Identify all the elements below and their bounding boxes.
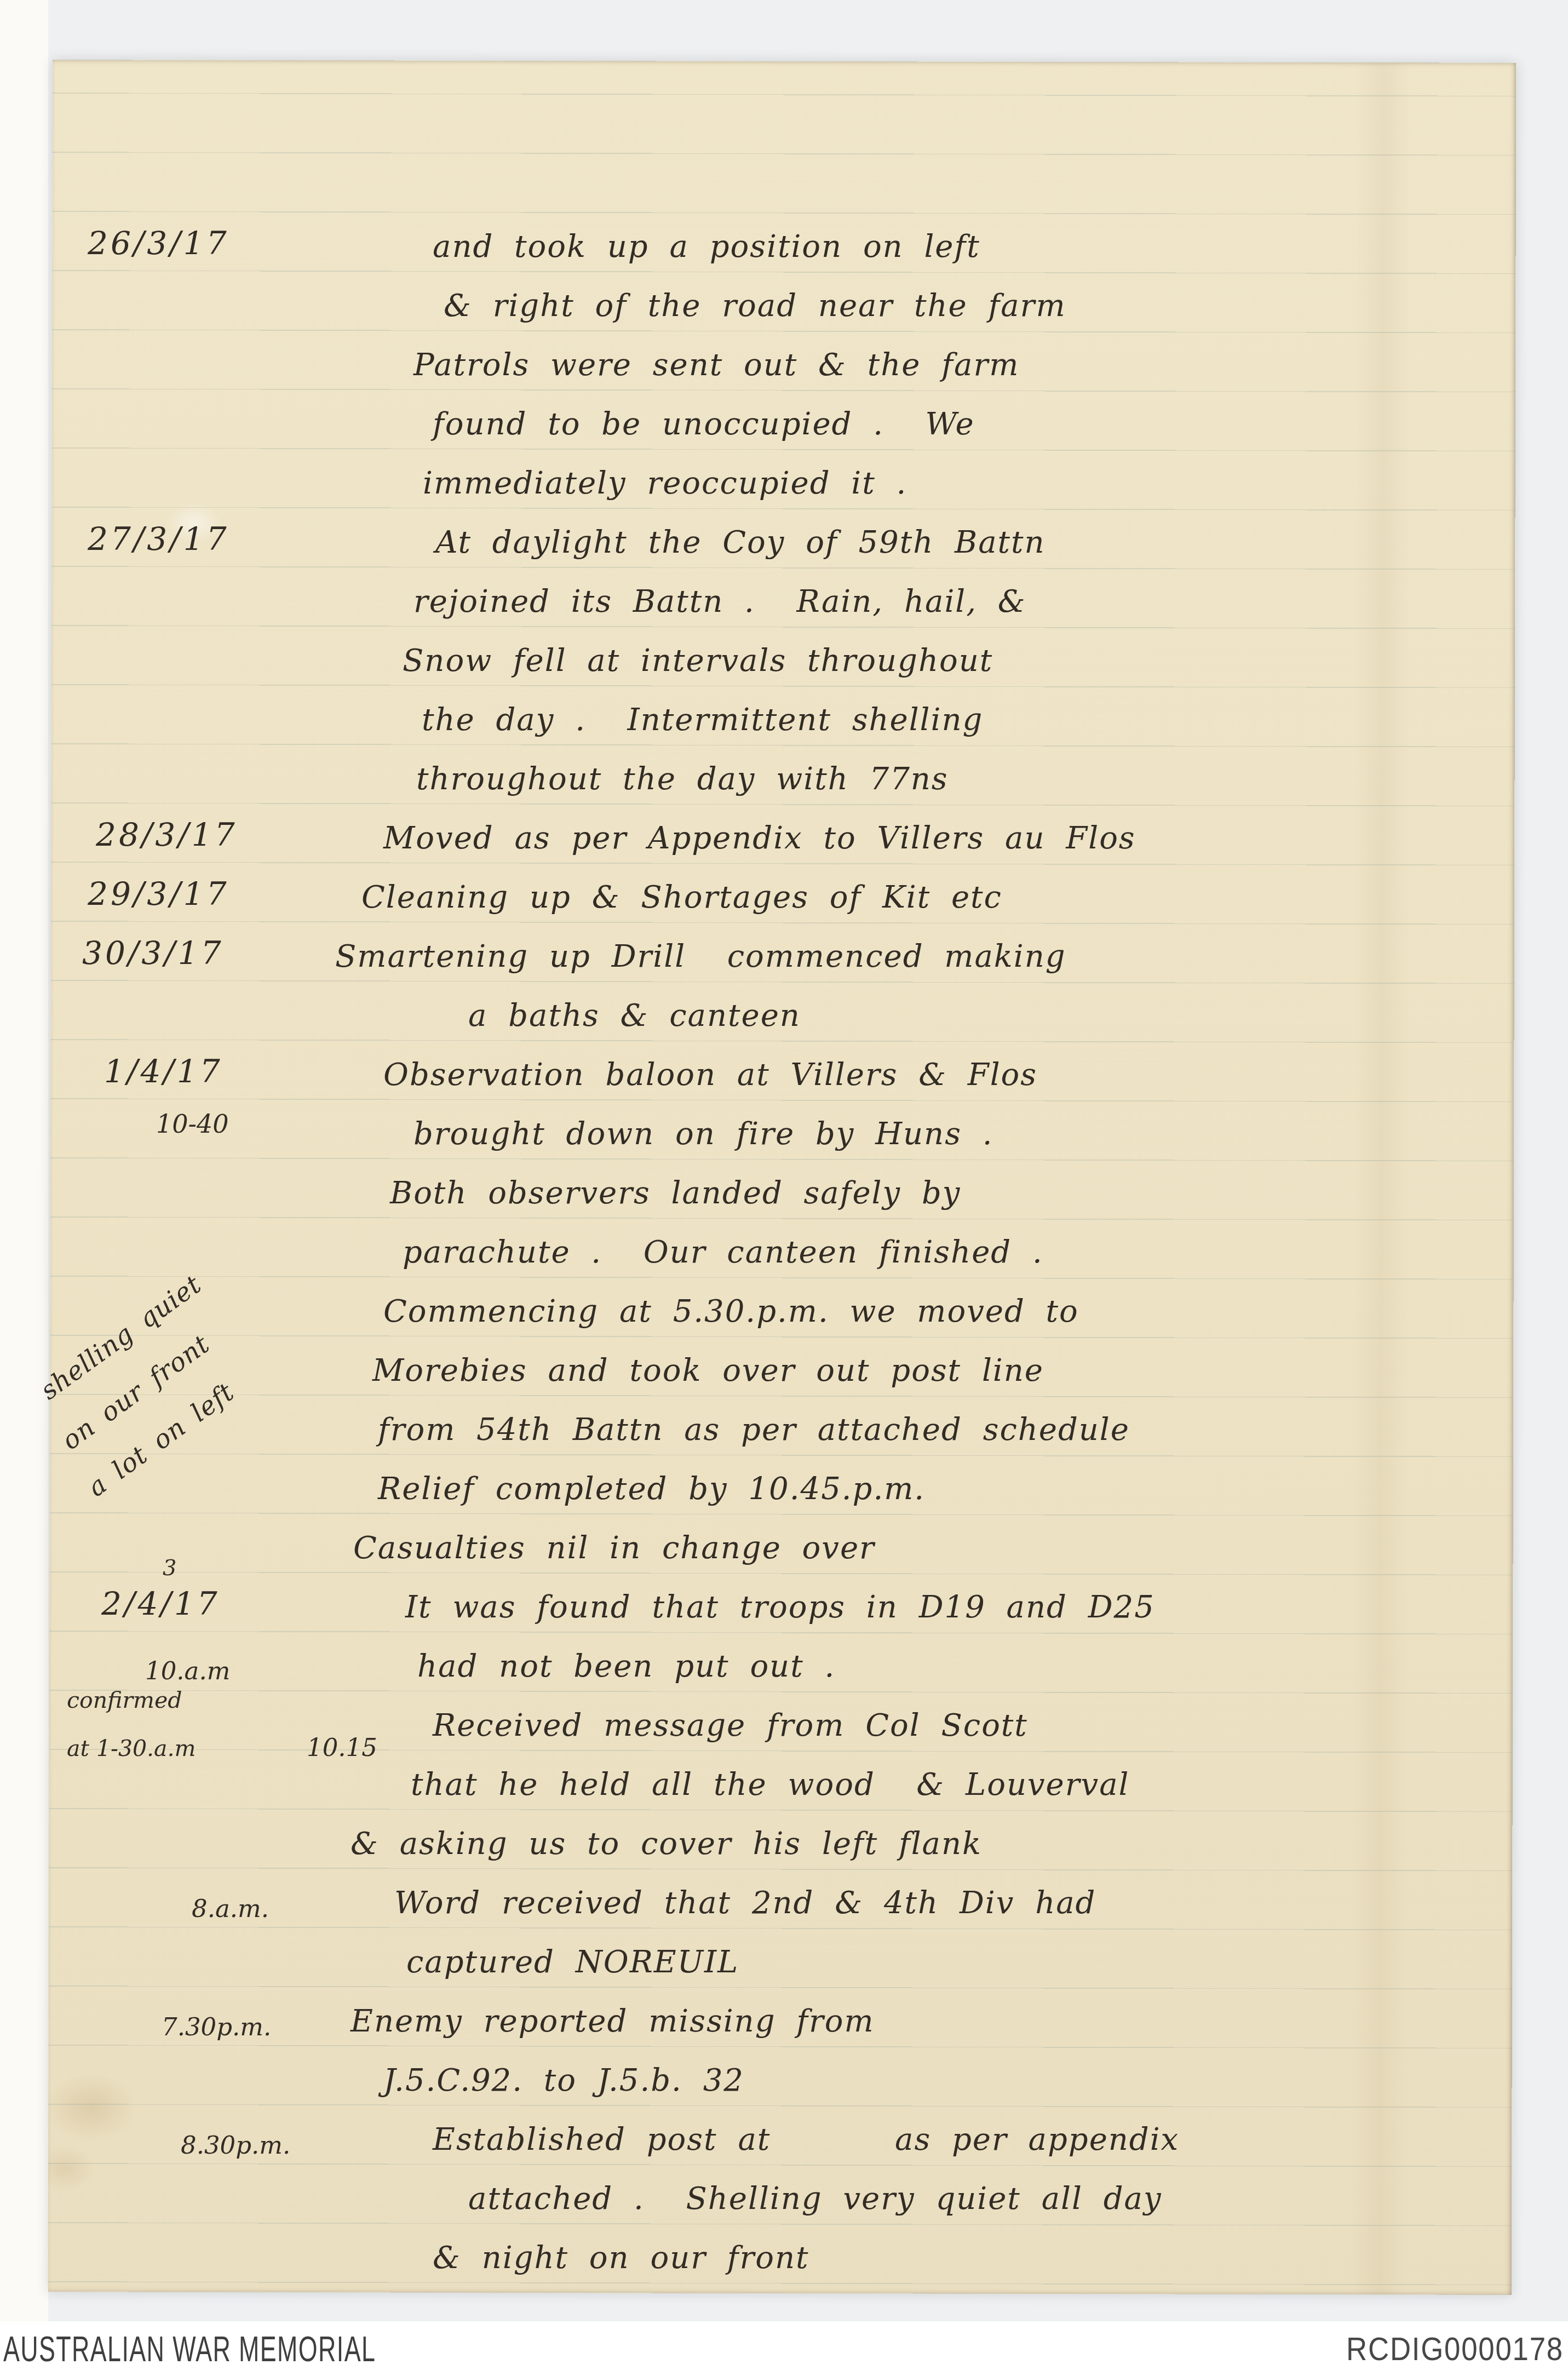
entry-date: 26/3/17 <box>88 225 229 262</box>
entry-text: Moved as per Appendix to Villers au Flos <box>383 820 1136 856</box>
diary-line: from 54th Battn as per attached schedule <box>0 1412 1568 1471</box>
margin-annotation-line: at 1-30.a.m <box>67 1724 196 1772</box>
diary-entries-layer: 26/3/17and took up a position on left& r… <box>0 0 1568 2376</box>
diary-line: immediately reoccupied it . <box>0 466 1568 525</box>
diary-line: 7.30p.m.Enemy reported missing from <box>0 2004 1568 2063</box>
diary-line: 30/3/17Smartening up Drill commenced mak… <box>0 939 1568 998</box>
diary-line: rejoined its Battn . Rain, hail, & <box>0 584 1568 643</box>
date-superscript: 3 <box>163 1556 176 1581</box>
footer-bar: AUSTRALIAN WAR MEMORIAL RCDIG0000178 <box>0 2321 1568 2376</box>
entry-text: & asking us to cover his left flank <box>351 1826 982 1862</box>
diary-line: brought down on fire by Huns . <box>0 1116 1568 1175</box>
entry-text: rejoined its Battn . Rain, hail, & <box>413 584 1026 619</box>
diary-line: 27/3/17At daylight the Coy of 59th Battn <box>0 525 1568 584</box>
entry-time-label: 7.30p.m. <box>162 2012 271 2041</box>
archive-name-label: AUSTRALIAN WAR MEMORIAL <box>3 2329 376 2369</box>
diary-line: 26/3/17and took up a position on left <box>0 229 1568 288</box>
diary-line: 1/4/1710-40Observation baloon at Villers… <box>0 1057 1568 1116</box>
entry-text: Both observers landed safely by <box>390 1175 961 1211</box>
entry-date: 28/3/17 <box>96 816 238 853</box>
reference-id-label: RCDIG0000178 <box>1346 2330 1564 2368</box>
entry-text: from 54th Battn as per attached schedule <box>378 1412 1130 1448</box>
diary-line: Casualties nil in change over <box>0 1530 1568 1589</box>
entry-text: had not been put out . <box>417 1649 835 1684</box>
entry-text: J.5.C.92. to J.5.b. 32 <box>383 2063 744 2098</box>
diary-line: 2/4/173It was found that troops in D19 a… <box>0 1589 1568 1649</box>
entry-text: and took up a position on left <box>433 229 980 265</box>
entry-text: At daylight the Coy of 59th Battn <box>435 525 1046 560</box>
entry-text: throughout the day with 77ns <box>416 761 949 797</box>
diary-line: 8.a.m.Word received that 2nd & 4th Div h… <box>0 1885 1568 1944</box>
entry-text: the day . Intermittent shelling <box>422 702 983 738</box>
entry-text: Established post at as per appendix <box>433 2122 1179 2157</box>
entry-text: captured NOREUIL <box>406 1944 739 1980</box>
entry-text: brought down on fire by Huns . <box>413 1116 993 1152</box>
diary-line: Relief completed by 10.45.p.m. <box>0 1471 1568 1530</box>
diary-line: attached . Shelling very quiet all day <box>0 2181 1568 2240</box>
entry-date: 1/4/17 <box>104 1053 223 1090</box>
diary-line: the day . Intermittent shelling <box>0 702 1568 761</box>
entry-text: Cleaning up & Shortages of Kit etc <box>361 880 1002 915</box>
diary-line: 10.15confirmedat 1-30.a.mReceived messag… <box>0 1708 1568 1767</box>
entry-text: Relief completed by 10.45.p.m. <box>378 1471 925 1507</box>
diary-line: captured NOREUIL <box>0 1944 1568 2004</box>
entry-date: 29/3/17 <box>88 875 229 912</box>
diary-line: & right of the road near the farm <box>0 288 1568 347</box>
entry-text: Snow fell at intervals throughout <box>403 643 993 679</box>
entry-text: a baths & canteen <box>468 998 801 1034</box>
margin-annotation-line: confirmed <box>67 1676 196 1724</box>
diary-line: & asking us to cover his left flank <box>0 1826 1568 1885</box>
diary-line: found to be unoccupied . We <box>0 406 1568 466</box>
entry-text: parachute . Our canteen finished . <box>403 1235 1043 1270</box>
diary-line: a baths & canteen <box>0 998 1568 1057</box>
diary-line: 29/3/17Cleaning up & Shortages of Kit et… <box>0 880 1568 939</box>
diary-line: throughout the day with 77ns <box>0 761 1568 820</box>
entry-time-label: 10.15 <box>307 1733 377 1762</box>
diary-line: 28/3/17Moved as per Appendix to Villers … <box>0 820 1568 880</box>
diary-line: & night on our front <box>0 2240 1568 2299</box>
entry-text: Patrols were sent out & the farm <box>413 347 1019 383</box>
entry-text: Morebies and took over out post line <box>372 1353 1044 1388</box>
entry-date: 2/4/17 <box>101 1585 220 1622</box>
entry-text: Enemy reported missing from <box>351 2004 875 2039</box>
diary-line: that he held all the wood & Louverval <box>0 1767 1568 1826</box>
entry-text: found to be unoccupied . We <box>433 406 975 442</box>
diary-line: 8.30p.m.Established post at as per appen… <box>0 2122 1568 2181</box>
entry-text: immediately reoccupied it . <box>423 466 907 501</box>
entry-text: Commencing at 5.30.p.m. we moved to <box>383 1294 1079 1329</box>
entry-text: Casualties nil in change over <box>353 1530 875 1566</box>
margin-annotation: confirmedat 1-30.a.m <box>67 1676 196 1772</box>
diary-line: Patrols were sent out & the farm <box>0 347 1568 406</box>
entry-date: 27/3/17 <box>88 520 229 558</box>
entry-text: Observation baloon at Villers & Flos <box>383 1057 1037 1093</box>
entry-text: & night on our front <box>433 2240 809 2276</box>
entry-text: & right of the road near the farm <box>444 288 1066 324</box>
scanned-document-view: 26/3/17and took up a position on left& r… <box>0 0 1568 2376</box>
diary-line: Snow fell at intervals throughout <box>0 643 1568 702</box>
entry-time-label: 8.30p.m. <box>181 2131 290 2160</box>
entry-date: 30/3/17 <box>82 934 224 972</box>
diary-line: 10.a.mhad not been put out . <box>0 1649 1568 1708</box>
entry-text: Received message from Col Scott <box>433 1708 1028 1743</box>
entry-text: It was found that troops in D19 and D25 <box>405 1589 1155 1625</box>
entry-text: Word received that 2nd & 4th Div had <box>394 1885 1096 1921</box>
entry-time-label: 8.a.m. <box>192 1894 269 1923</box>
entry-text: attached . Shelling very quiet all day <box>468 2181 1162 2217</box>
diary-line: J.5.C.92. to J.5.b. 32 <box>0 2063 1568 2122</box>
entry-text: that he held all the wood & Louverval <box>411 1767 1129 1803</box>
entry-text: Smartening up Drill commenced making <box>335 939 1066 974</box>
